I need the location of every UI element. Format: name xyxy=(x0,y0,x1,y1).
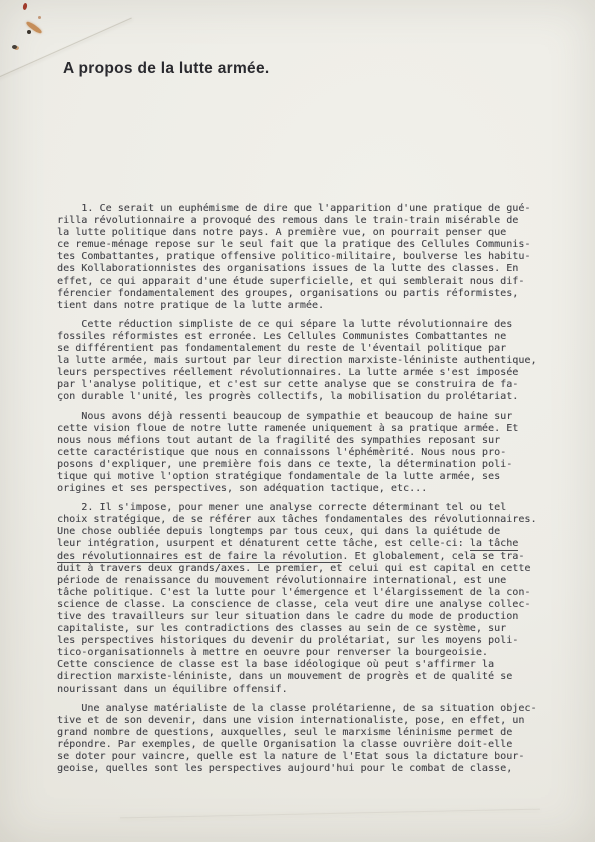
paragraph: Nous avons déjà ressenti beaucoup de sym… xyxy=(57,411,549,496)
text-line: des révolutionnaires est de faire la rév… xyxy=(57,551,549,563)
rust-stain xyxy=(38,16,41,19)
text-line: férencier fondamentalement des groupes, … xyxy=(57,288,549,300)
paragraph: 2. Il s'impose, pour mener une analyse c… xyxy=(57,502,549,696)
paragraph: Une analyse matérialiste de la classe pr… xyxy=(57,703,549,776)
text-line: tico-organisationnels à mettre en oeuvre… xyxy=(57,647,549,659)
text-line: se différentient pas fondamentalement du… xyxy=(57,343,549,355)
scanned-document-page: A propos de la lutte armée. 1. Ce serait… xyxy=(0,0,595,842)
text-line: nourissant dans un équilibre offensif. xyxy=(57,684,549,696)
paragraph: Cette réduction simpliste de ce qui sépa… xyxy=(57,319,549,404)
rust-stain xyxy=(27,30,31,34)
text-line: des Kollaborationnistes des organisation… xyxy=(57,263,549,275)
text-line: effet, ce qui apparait d'une étude super… xyxy=(57,276,549,288)
text-line: Cette conscience de classe est la base i… xyxy=(57,659,549,671)
text-line: 2. Il s'impose, pour mener une analyse c… xyxy=(57,502,549,514)
paragraph: 1. Ce serait un euphémisme de dire que l… xyxy=(57,203,549,312)
text-line: tique qui motive l'option stratégique fo… xyxy=(57,471,549,483)
text-line: par l'analyse politique, et c'est sur ce… xyxy=(57,379,549,391)
text-line: leurs perspectives réellement révolution… xyxy=(57,367,549,379)
text-line: çon durable l'unité, les progrès collect… xyxy=(57,391,549,403)
text-line: tive et de son devenir, dans une vision … xyxy=(57,715,549,727)
text-line: grand nombre de questions, auxquelles, s… xyxy=(57,727,549,739)
text-line: tient dans notre pratique de la lutte ar… xyxy=(57,300,549,312)
text-line: posons d'expliquer, une première fois da… xyxy=(57,459,549,471)
text-line: geoise, quelles sont les perspectives au… xyxy=(57,763,549,775)
text-line: cette vision floue de notre lutte ramené… xyxy=(57,423,549,435)
text-line: tive des travailleurs sur leur situation… xyxy=(57,611,549,623)
text-line: leur intégration, usurpent et dénaturent… xyxy=(57,538,549,550)
text-line: période de renaissance du mouvement révo… xyxy=(57,575,549,587)
text-line: science de classe. La conscience de clas… xyxy=(57,599,549,611)
text-line: Une chose oubliée depuis longtemps par t… xyxy=(57,526,549,538)
text-line: choix stratégique, de se référer aux tâc… xyxy=(57,514,549,526)
text-line: direction marxiste-léniniste, dans un mo… xyxy=(57,671,549,683)
rust-stain xyxy=(22,3,27,11)
text-line: se doter pour vaincre, quelle est la nat… xyxy=(57,751,549,763)
page-title: A propos de la lutte armée. xyxy=(63,60,270,78)
text-line: fossiles réformistes est erronée. Les Ce… xyxy=(57,331,549,343)
text-line: répondre. Par exemples, de quelle Organi… xyxy=(57,739,549,751)
text-line: Cette réduction simpliste de ce qui sépa… xyxy=(57,319,549,331)
text-line: rilla révolutionnaire a provoqué des rem… xyxy=(57,215,549,227)
text-line: les perspectives historiques du devenir … xyxy=(57,635,549,647)
text-line: tâche politique. C'est la lutte pour l'é… xyxy=(57,587,549,599)
text-line: nous nous méfions tout autant de la frag… xyxy=(57,435,549,447)
paper-crease xyxy=(120,809,540,819)
text-line: ce remue-ménage repose sur le seul fait … xyxy=(57,239,549,251)
text-line: origines et ses perspectives, son adéqua… xyxy=(57,483,549,495)
text-line: la lutte armée, mais surtout par leur di… xyxy=(57,355,549,367)
text-line: cette caractéristique que nous en connai… xyxy=(57,447,549,459)
text-line: la lutte politique dans notre pays. A pr… xyxy=(57,227,549,239)
document-body: 1. Ce serait un euphémisme de dire que l… xyxy=(57,203,549,782)
text-line: Une analyse matérialiste de la classe pr… xyxy=(57,703,549,715)
text-line: duit à travers deux grands/axes. Le prem… xyxy=(57,563,549,575)
rust-stain xyxy=(12,45,17,49)
text-line: Nous avons déjà ressenti beaucoup de sym… xyxy=(57,411,549,423)
text-line: capitaliste, sur les contradictions des … xyxy=(57,623,549,635)
text-line: tes Combattantes, pratique offensive pol… xyxy=(57,251,549,263)
text-line: 1. Ce serait un euphémisme de dire que l… xyxy=(57,203,549,215)
